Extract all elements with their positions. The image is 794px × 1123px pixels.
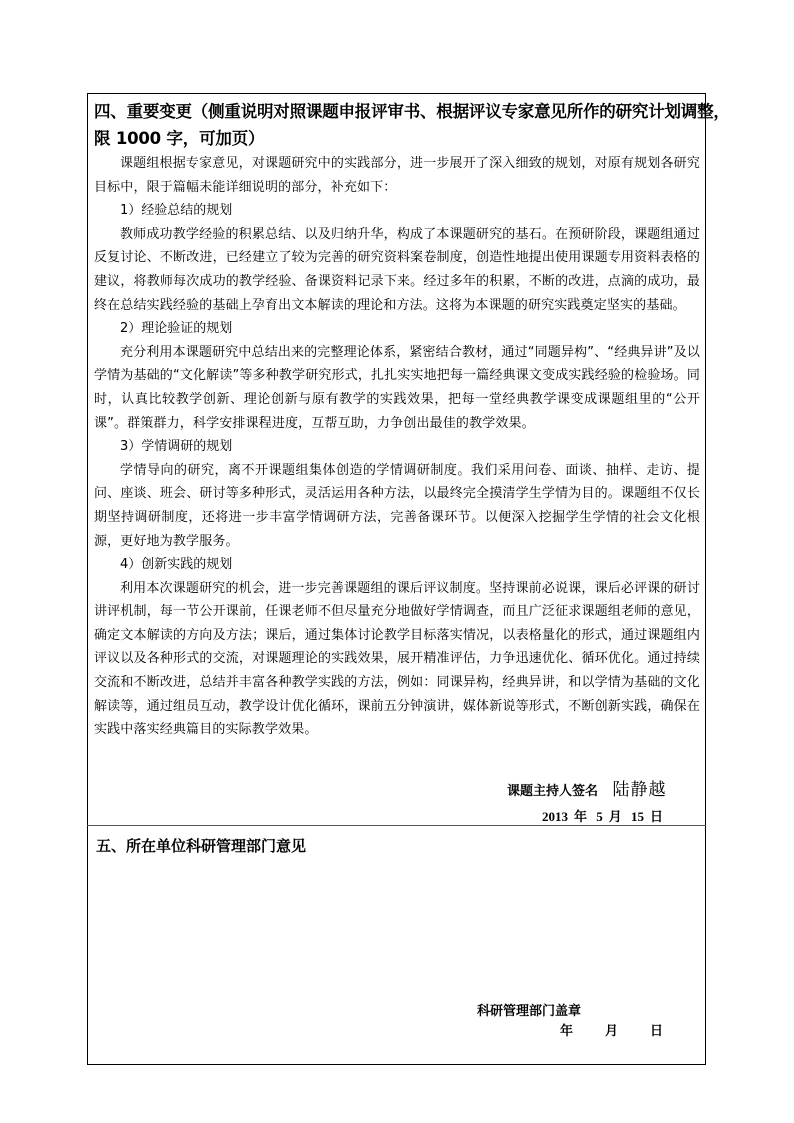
- signature-date: 2013年 5月 15日: [542, 806, 669, 825]
- section-4-heading-line2: 限 1000 字，可加页）: [94, 125, 700, 152]
- stamp-day-unit: 日: [650, 1020, 695, 1039]
- section-4-major-changes: 四、重要变更（侧重说明对照课题申报评审书、根据评议专家意见所作的研究计划调整， …: [94, 98, 700, 742]
- intro-paragraph: 课题组根据专家意见，对课题研究中的实践部分，进一步展开了深入细致的规划，对原有规…: [94, 152, 700, 199]
- section-divider: [87, 825, 706, 826]
- signature-name: 陆静越: [613, 780, 667, 800]
- date-month-unit: 月: [609, 809, 622, 824]
- item-1-body: 教师成功教学经验的积累总结、以及归纳升华，构成了本课题研究的基石。在预研阶段，课…: [94, 223, 700, 317]
- stamp-month-unit: 月: [605, 1020, 650, 1039]
- dept-stamp-label: 科研管理部门盖章: [477, 1000, 581, 1019]
- date-year-unit: 年: [574, 809, 587, 824]
- dept-stamp-date: 年月日: [560, 1020, 695, 1039]
- date-month: 5: [596, 809, 603, 824]
- date-year: 2013: [542, 809, 568, 824]
- host-signature: 课题主持人签名 陆静越: [507, 775, 667, 800]
- item-4-title: 4）创新实践的规划: [94, 553, 700, 577]
- item-2-body: 充分利用本课题研究中总结出来的完整理论体系，紧密结合教材，通过“同题异构”、“经…: [94, 341, 700, 435]
- item-1-title: 1）经验总结的规划: [94, 199, 700, 223]
- item-4-body: 利用本次课题研究的机会，进一步完善课题组的课后评议制度。坚持课前必说课，课后必评…: [94, 577, 700, 742]
- date-day: 15: [631, 809, 644, 824]
- item-3-body: 学情导向的研究，离不开课题组集体创造的学情调研制度。我们采用问卷、面谈、抽样、走…: [94, 459, 700, 553]
- stamp-year-unit: 年: [560, 1020, 605, 1039]
- item-3-title: 3）学情调研的规划: [94, 435, 700, 459]
- item-2-title: 2）理论验证的规划: [94, 317, 700, 341]
- signature-label: 课题主持人签名: [507, 784, 598, 799]
- section-4-heading-line1: 四、重要变更（侧重说明对照课题申报评审书、根据评议专家意见所作的研究计划调整，: [94, 98, 700, 125]
- date-day-unit: 日: [650, 809, 663, 824]
- section-5-heading: 五、所在单位科研管理部门意见: [96, 835, 306, 856]
